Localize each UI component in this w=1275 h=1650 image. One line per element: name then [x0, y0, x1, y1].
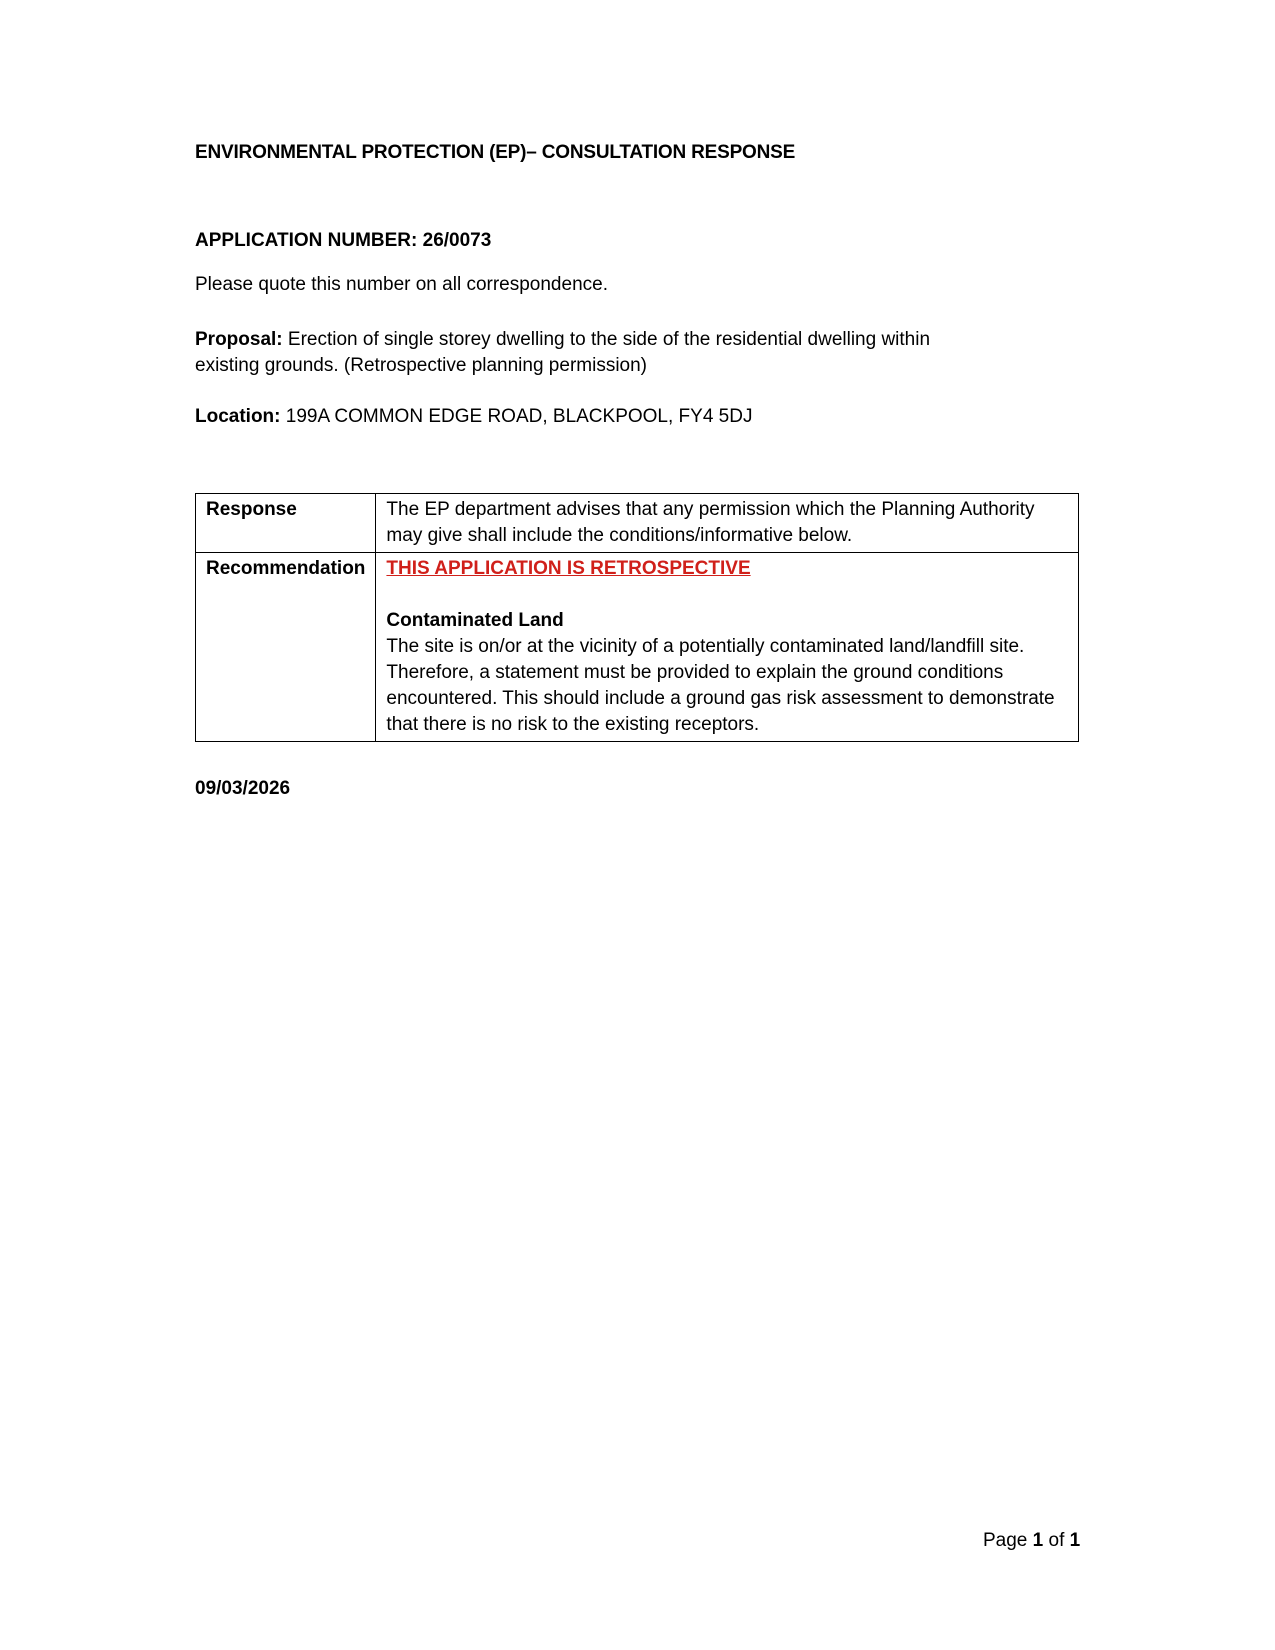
proposal: Proposal: Erection of single storey dwel… [195, 327, 995, 379]
response-table: Response The EP department advises that … [195, 493, 1079, 742]
proposal-text: Erection of single storey dwelling to th… [195, 329, 930, 376]
response-text: The EP department advises that any permi… [376, 494, 1079, 553]
contaminated-land-heading: Contaminated Land [386, 608, 1068, 634]
application-number: APPLICATION NUMBER: 26/0073 [195, 230, 491, 252]
page-footer: Page 1 of 1 [983, 1530, 1080, 1552]
proposal-label: Proposal: [195, 329, 283, 350]
page-word: Page [983, 1530, 1033, 1551]
location-label: Location: [195, 406, 281, 427]
location: Location: 199A COMMON EDGE ROAD, BLACKPO… [195, 406, 752, 428]
spacer [386, 582, 1068, 608]
retrospective-notice: THIS APPLICATION IS RETROSPECTIVE [386, 556, 1068, 582]
table-row-recommendation: Recommendation THIS APPLICATION IS RETRO… [196, 553, 1079, 742]
recommendation-cell: THIS APPLICATION IS RETROSPECTIVE Contam… [376, 553, 1079, 742]
response-label: Response [196, 494, 376, 553]
page-total: 1 [1070, 1530, 1081, 1551]
contaminated-land-text: The site is on/or at the vicinity of a p… [386, 634, 1068, 738]
document-page: ENVIRONMENTAL PROTECTION (EP)– CONSULTAT… [0, 0, 1275, 1650]
table-row-response: Response The EP department advises that … [196, 494, 1079, 553]
document-title: ENVIRONMENTAL PROTECTION (EP)– CONSULTAT… [195, 142, 795, 164]
recommendation-label: Recommendation [196, 553, 376, 742]
document-date: 09/03/2026 [195, 778, 290, 800]
location-text: 199A COMMON EDGE ROAD, BLACKPOOL, FY4 5D… [281, 406, 753, 427]
quote-note: Please quote this number on all correspo… [195, 274, 608, 296]
of-word: of [1043, 1530, 1069, 1551]
page-current: 1 [1033, 1530, 1044, 1551]
